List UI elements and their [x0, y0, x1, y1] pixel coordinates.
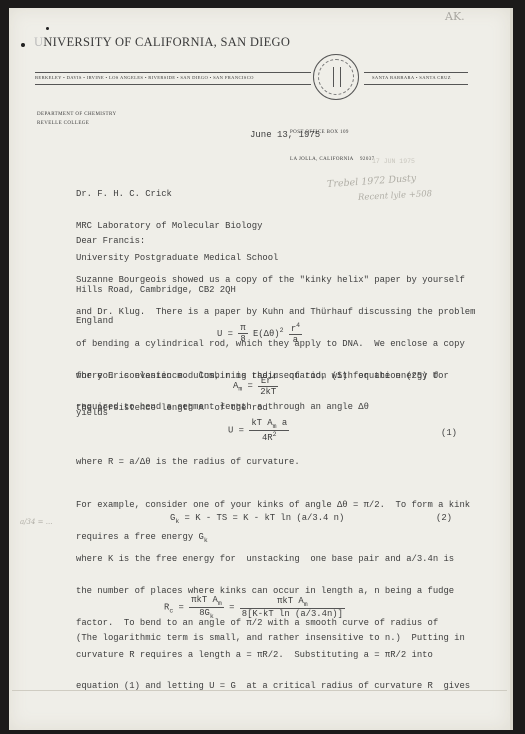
letterhead-rule [35, 72, 311, 73]
paragraph-3: where R = a/Δθ is the radius of curvatur… [76, 457, 300, 468]
city-zip: LA JOLLA, CALIFORNIA 92037 [290, 155, 375, 164]
text-line: where K is the free energy for unstackin… [76, 554, 470, 565]
text-line: and Dr. Klug. There is a paper by Kuhn a… [76, 307, 475, 318]
text-line: For example, consider one of your kinks … [76, 500, 470, 511]
equation-critical-radius: Rc = πkT Am8Gk = πkT Am8[K-kT ln (a/3.4n… [164, 595, 345, 620]
address-line: MRC Laboratory of Molecular Biology [76, 221, 278, 232]
fold-line [12, 690, 507, 691]
university-name: UNIVERSITY OF CALIFORNIA, SAN DIEGO [34, 35, 290, 50]
paragraph-6: (The logarithmic term is small, and rath… [76, 633, 465, 644]
equation-2: Gk = K - TS = K - kT ln (a/3.4 n) [170, 513, 344, 525]
text-line: curvature R requires a length a = πR/2. … [76, 650, 470, 661]
salutation: Dear Francis: [76, 236, 145, 247]
college-name: REVELLE COLLEGE [37, 119, 116, 128]
equation-bending-energy: U = π8 E(Δθ)2 r4a [217, 322, 302, 345]
ink-blot [21, 43, 25, 47]
page-edge [510, 8, 513, 730]
campus-list-left: BERKELEY • DAVIS • IRVINE • LOS ANGELES … [35, 75, 254, 80]
yields-text: yields [76, 408, 108, 419]
ink-blot [46, 27, 49, 30]
letterhead-rule [35, 84, 311, 85]
letter-date: June 13, 1975 [250, 130, 320, 140]
equation-1: U = kT Am a4R2 [228, 418, 289, 443]
university-seal-icon [313, 54, 359, 100]
letterhead-rule [364, 84, 468, 85]
department-name: DEPARTMENT OF CHEMISTRY [37, 110, 116, 119]
initials-annotation: AK. [445, 10, 465, 23]
received-stamp: 17 JUN 1975 [372, 158, 415, 165]
address-line: Dr. F. H. C. Crick [76, 189, 278, 200]
text-line: the persistence length A of the rod [76, 403, 449, 414]
department-block: DEPARTMENT OF CHEMISTRY REVELLE COLLEGE [37, 110, 116, 128]
letterhead-rule [364, 72, 468, 73]
equation-1-label: (1) [441, 428, 457, 438]
equation-2-label: (2) [436, 513, 452, 523]
text-line: Suzanne Bourgeois showed us a copy of th… [76, 275, 475, 286]
address-block: POST OFFICE BOX 109 LA JOLLA, CALIFORNIA… [290, 110, 375, 173]
campus-list-right: SANTA BARBARA • SANTA CRUZ [372, 75, 451, 80]
equation-persistence-length: Am = Er42kT [233, 374, 278, 397]
margin-note: a/34 = ... [20, 518, 52, 526]
